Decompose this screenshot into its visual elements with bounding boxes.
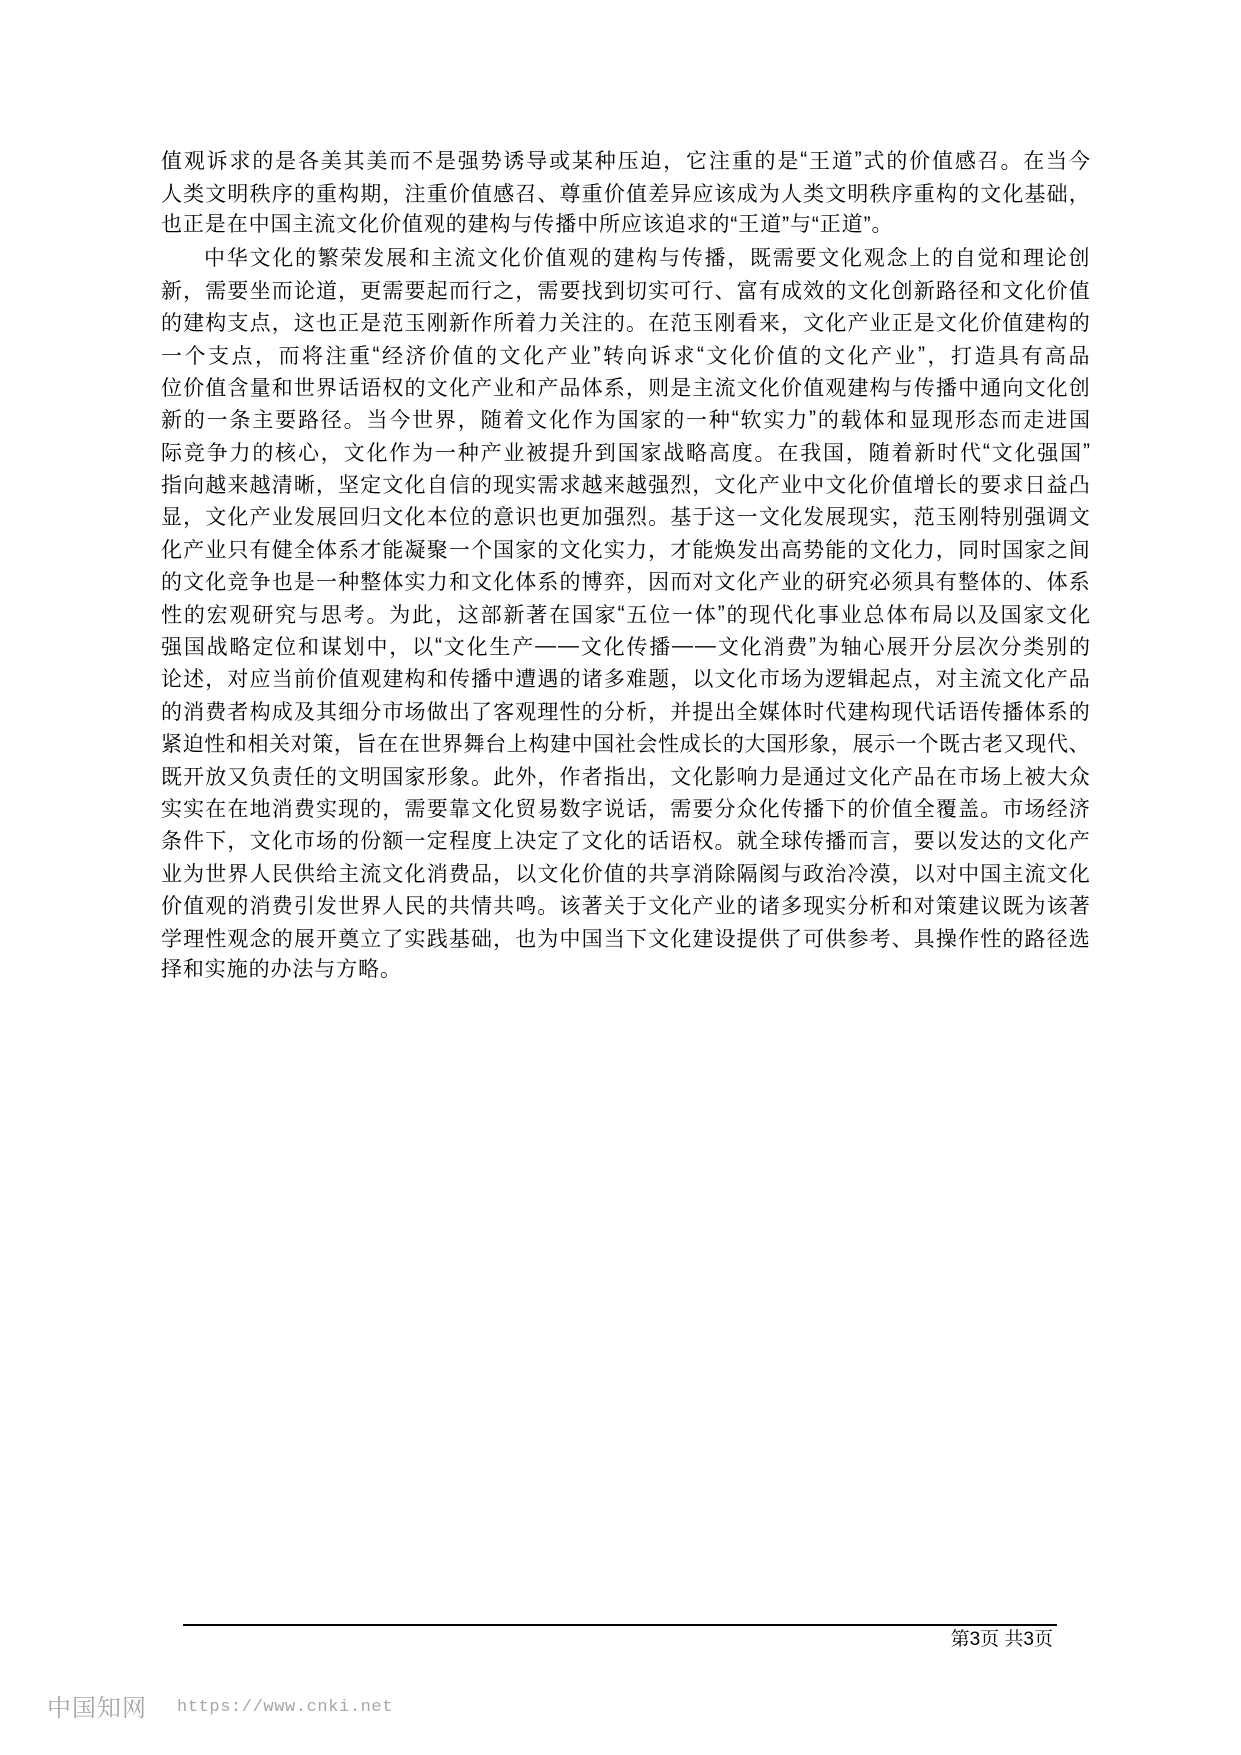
text-line: 显，文化产业发展回归文化本位的意识也更加强烈。基于这一文化发展现实，范玉刚特别强…: [161, 500, 1090, 532]
cnki-watermark: 中国知网 https://www.cnki.net: [47, 1688, 393, 1723]
text-line: 紧迫性和相关对策，旨在在世界舞台上构建中国社会性成长的大国形象，展示一个既古老又…: [161, 727, 1090, 759]
text-line: 新，需要坐而论道，更需要起而行之，需要找到切实可行、富有成效的文化创新路径和文化…: [161, 274, 1090, 306]
cnki-url-text: https://www.cnki.net: [177, 1695, 393, 1717]
footer-rule: [183, 1624, 1057, 1626]
text-line: 性的宏观研究与思考。为此，这部新著在国家“五位一体”的现代化事业总体布局以及国家…: [161, 597, 1090, 629]
document-page: 值观诉求的是各美其美而不是强势诱导或某种压迫，它注重的是“王道”式的价值感召。在…: [0, 0, 1241, 1755]
text-line: 既开放又负责任的文明国家形象。此外，作者指出，文化影响力是通过文化产品在市场上被…: [161, 759, 1090, 791]
text-line: 的建构支点，这也正是范玉刚新作所着力关注的。在范玉刚看来，文化产业正是文化价值建…: [161, 306, 1090, 338]
text-line: 位价值含量和世界话语权的文化产业和产品体系，则是主流文化价值观建构与传播中通向文…: [161, 371, 1090, 403]
text-line: 也正是在中国主流文化价值观的建构与传播中所应该追求的“王道”与“正道”。: [161, 209, 1090, 241]
page-number: 第3页 共3页: [183, 1628, 1053, 1652]
text-line: 际竞争力的核心，文化作为一种产业被提升到国家战略高度。在我国，随着新时代“文化强…: [161, 436, 1090, 468]
text-line: 条件下，文化市场的份额一定程度上决定了文化的话语权。就全球传播而言，要以发达的文…: [161, 824, 1090, 856]
text-line: 值观诉求的是各美其美而不是强势诱导或某种压迫，它注重的是“王道”式的价值感召。在…: [161, 144, 1090, 176]
text-line: 新的一条主要路径。当今世界，随着文化作为国家的一种“软实力”的载体和显现形态而走…: [161, 403, 1090, 435]
text-line: 的消费者构成及其细分市场做出了客观理性的分析，并提出全媒体时代建构现代话语传播体…: [161, 695, 1090, 727]
text-line: 实实在在地消费实现的，需要靠文化贸易数字说话，需要分众化传播下的价值全覆盖。市场…: [161, 792, 1090, 824]
text-line: 价值观的消费引发世界人民的共情共鸣。该著关于文化产业的诸多现实分析和对策建议既为…: [161, 889, 1090, 921]
text-line: 中华文化的繁荣发展和主流文化价值观的建构与传播，既需要文化观念上的自觉和理论创: [161, 241, 1090, 273]
text-line: 业为世界人民供给主流文化消费品，以文化价值的共享消除隔阂与政治冷漠，以对中国主流…: [161, 857, 1090, 889]
text-line: 强国战略定位和谋划中，以“文化生产——文化传播——文化消费”为轴心展开分层次分类…: [161, 630, 1090, 662]
text-line: 论述，对应当前价值观建构和传播中遭遇的诸多难题，以文化市场为逻辑起点，对主流文化…: [161, 662, 1090, 694]
text-line: 的文化竞争也是一种整体实力和文化体系的博弈，因而对文化产业的研究必须具有整体的、…: [161, 565, 1090, 597]
text-line: 一个支点，而将注重“经济价值的文化产业”转向诉求“文化价值的文化产业”，打造具有…: [161, 338, 1090, 370]
text-line: 人类文明秩序的重构期，注重价值感召、尊重价值差异应该成为人类文明秩序重构的文化基…: [161, 176, 1090, 208]
text-line: 化产业只有健全体系才能凝聚一个国家的文化实力，才能焕发出高势能的文化力，同时国家…: [161, 533, 1090, 565]
article-body: 值观诉求的是各美其美而不是强势诱导或某种压迫，它注重的是“王道”式的价值感召。在…: [161, 144, 1090, 986]
text-line: 择和实施的办法与方略。: [161, 954, 1090, 986]
cnki-brand-text: 中国知网: [47, 1688, 147, 1723]
text-line: 指向越来越清晰，坚定文化自信的现实需求越来越强烈，文化产业中文化价值增长的要求日…: [161, 468, 1090, 500]
text-line: 学理性观念的展开奠立了实践基础，也为中国当下文化建设提供了可供参考、具操作性的路…: [161, 921, 1090, 953]
